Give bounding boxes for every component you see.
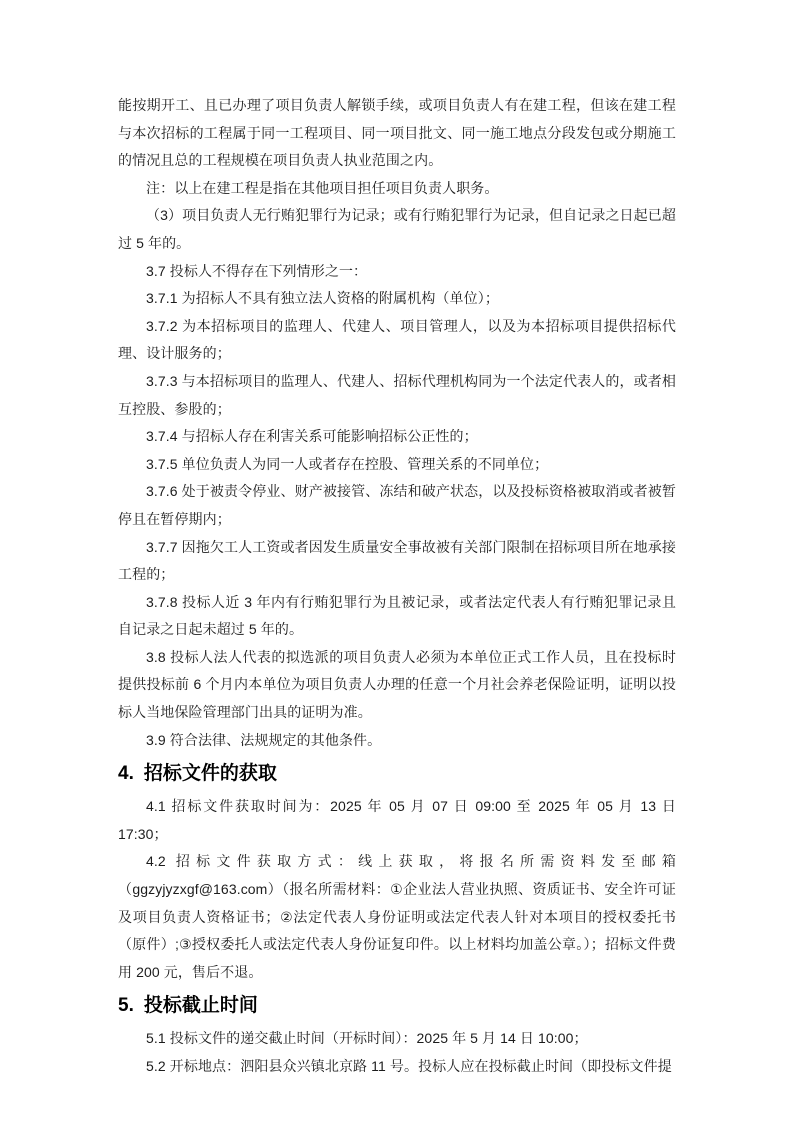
document-page: 能按期开工、且已办理了项目负责人解锁手续，或项目负责人有在建工程，但该在建工程与… xyxy=(0,0,793,1122)
paragraph: 5.2 开标地点：泗阳县众兴镇北京路 11 号。投标人应在投标截止时间（即投标文… xyxy=(118,1053,676,1081)
paragraph: 3.8 投标人法人代表的拟选派的项目负责人必须为本单位正式工作人员，且在投标时提… xyxy=(118,644,676,727)
paragraph: 3.9 符合法律、法规规定的其他条件。 xyxy=(118,727,676,755)
paragraph: 4.2 招标文件获取方式：线上获取，将报名所需资料发至邮箱（ggzyjyzxgf… xyxy=(118,848,676,986)
paragraph: 3.7.4 与招标人存在利害关系可能影响招标公正性的； xyxy=(118,423,676,451)
paragraph: 3.7.7 因拖欠工人工资或者因发生质量安全事故被有关部门限制在招标项目所在地承… xyxy=(118,534,676,589)
paragraph: 3.7.6 处于被责令停业、财产被接管、冻结和破产状态，以及投标资格被取消或者被… xyxy=(118,478,676,533)
paragraph: 能按期开工、且已办理了项目负责人解锁手续，或项目负责人有在建工程，但该在建工程与… xyxy=(118,92,676,175)
paragraph: （3）项目负责人无行贿犯罪行为记录；或有行贿犯罪行为记录，但自记录之日起已超过 … xyxy=(118,202,676,257)
paragraph: 注：以上在建工程是指在其他项目担任项目负责人职务。 xyxy=(118,175,676,203)
paragraph: 3.7.3 与本招标项目的监理人、代建人、招标代理机构同为一个法定代表人的，或者… xyxy=(118,368,676,423)
paragraph: 4.1 招标文件获取时间为：2025 年 05 月 07 日 09:00 至 2… xyxy=(118,793,676,848)
paragraph: 3.7 投标人不得存在下列情形之一： xyxy=(118,258,676,286)
paragraph: 3.7.2 为本招标项目的监理人、代建人、项目管理人，以及为本招标项目提供招标代… xyxy=(118,313,676,368)
paragraph: 3.7.1 为招标人不具有独立法人资格的附属机构（单位）； xyxy=(118,285,676,313)
heading-title: 招标文件的获取 xyxy=(144,763,277,784)
heading-title: 投标截止时间 xyxy=(144,995,258,1016)
heading-number: 4. xyxy=(118,758,134,790)
paragraph: 3.7.5 单位负责人为同一人或者存在控股、管理关系的不同单位； xyxy=(118,451,676,479)
heading-number: 5. xyxy=(118,990,134,1022)
section-heading: 4.招标文件的获取 xyxy=(118,758,676,790)
section-heading: 5.投标截止时间 xyxy=(118,990,676,1022)
document-content: 能按期开工、且已办理了项目负责人解锁手续，或项目负责人有在建工程，但该在建工程与… xyxy=(118,92,676,1081)
paragraph: 3.7.8 投标人近 3 年内有行贿犯罪行为且被记录，或者法定代表人有行贿犯罪记… xyxy=(118,589,676,644)
paragraph: 5.1 投标文件的递交截止时间（开标时间）：2025 年 5 月 14 日 10… xyxy=(118,1025,676,1053)
